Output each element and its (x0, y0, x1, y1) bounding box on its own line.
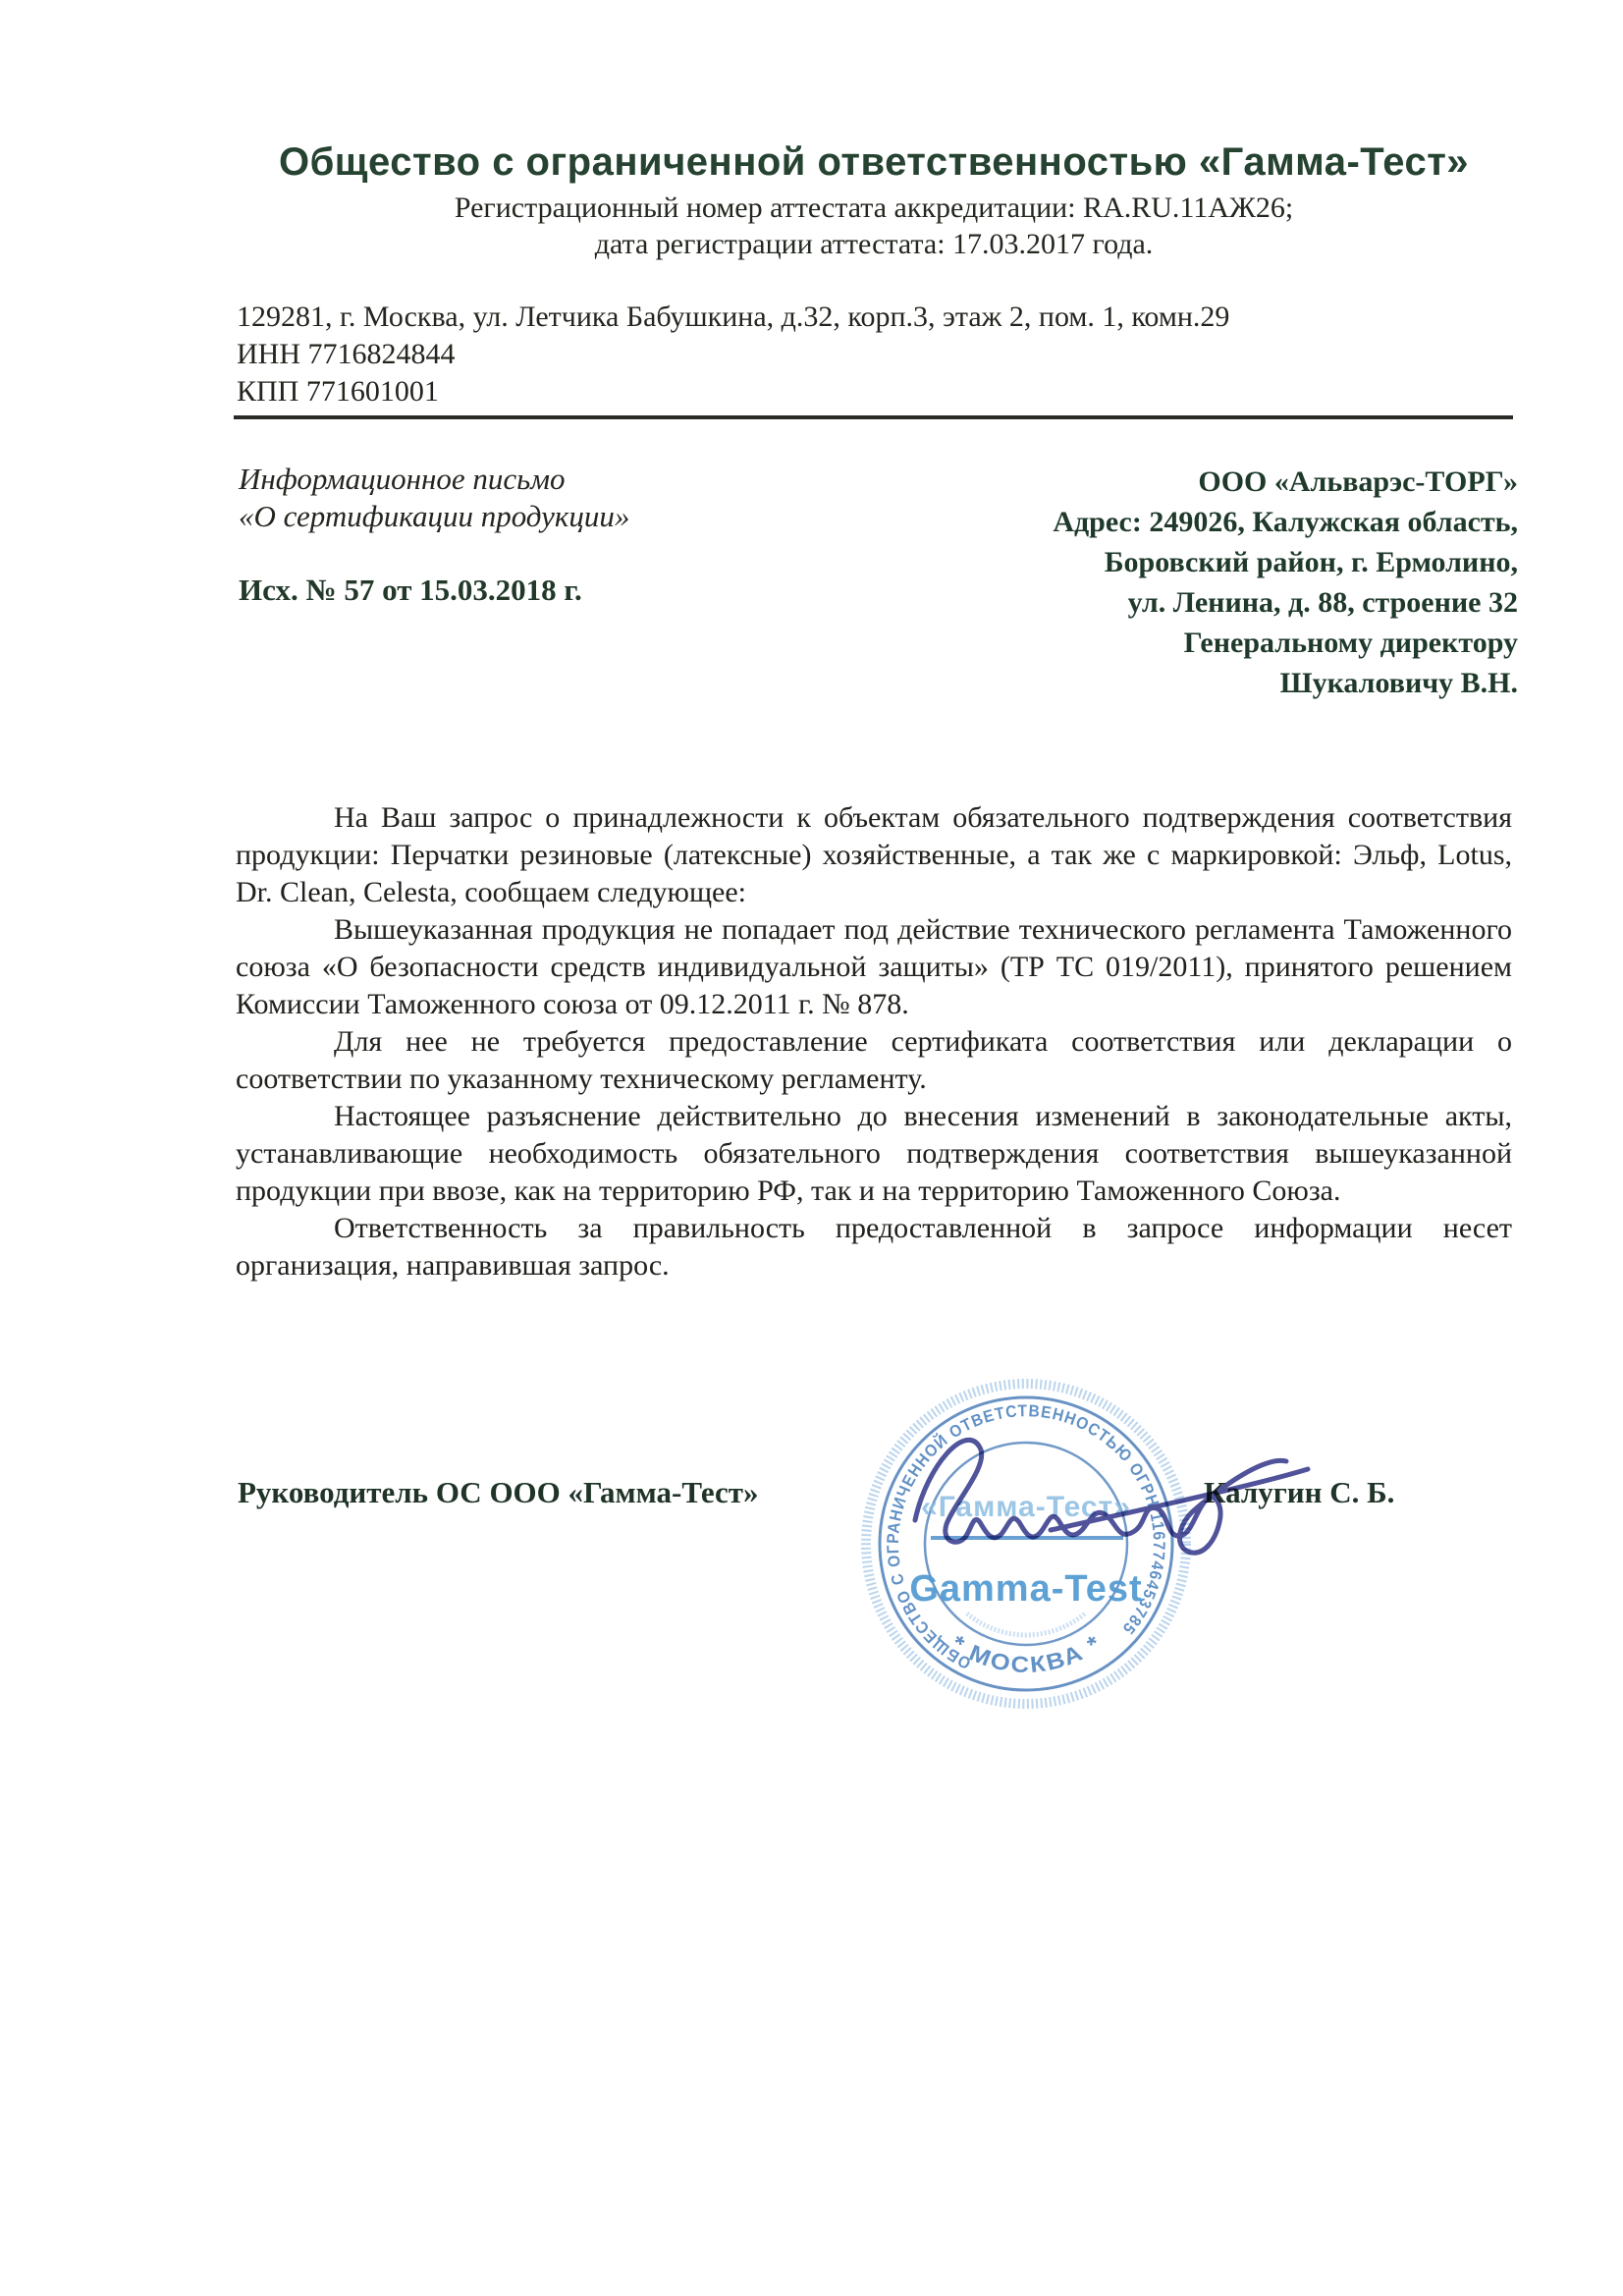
header-divider (234, 415, 1513, 419)
letter-body: На Ваш запрос о принадлежности к объекта… (236, 799, 1512, 1285)
company-kpp-line: КПП 771601001 (237, 373, 1513, 410)
body-paragraph-2: Вышеуказанная продукция не попадает под … (236, 911, 1512, 1023)
recipient-line: ООО «Альварэс-ТОРГ» (880, 462, 1518, 502)
company-address-line: 129281, г. Москва, ул. Летчика Бабушкина… (237, 299, 1513, 336)
signature-ink (884, 1414, 1316, 1581)
recipient-line: Шукаловичу В.Н. (880, 663, 1518, 703)
body-paragraph-1: На Ваш запрос о принадлежности к объекта… (236, 799, 1512, 911)
stamp-inner-microtext-arc (967, 1613, 1085, 1635)
outgoing-ref-line: Исх. № 57 от 15.03.2018 г. (239, 573, 788, 608)
recipient-line: Боровский район, г. Ермолино, (880, 542, 1518, 582)
body-paragraph-4: Настоящее разъяснение действительно до в… (236, 1098, 1512, 1210)
company-inn-line: ИНН 7716824844 (237, 336, 1513, 373)
body-paragraph-3: Для нее не требуется предоставление серт… (236, 1023, 1512, 1098)
accreditation-date-line: дата регистрации аттестата: 17.03.2017 г… (236, 227, 1512, 262)
signatory-title: Руководитель ОС ООО «Гамма-Тест» (238, 1475, 925, 1510)
signature-stroke-main (915, 1440, 1286, 1553)
letterhead-title: Общество с ограниченной ответственностью… (236, 139, 1512, 185)
letter-meta-block: Информационное письмо «О сертификации пр… (239, 461, 788, 535)
letter-page: Общество с ограниченной ответственностью… (0, 0, 1623, 2296)
recipient-line: Генеральному директору (880, 623, 1518, 663)
body-paragraph-5: Ответственность за правильность предоста… (236, 1210, 1512, 1285)
recipient-line: Адрес: 249026, Калужская область, (880, 502, 1518, 542)
signature-stroke-cross (1051, 1469, 1308, 1530)
recipient-block: ООО «Альварэс-ТОРГ» Адрес: 249026, Калуж… (880, 462, 1518, 703)
recipient-line: ул. Ленина, д. 88, строение 32 (880, 582, 1518, 623)
letter-type-line: Информационное письмо (239, 461, 788, 498)
company-details-block: 129281, г. Москва, ул. Летчика Бабушкина… (237, 299, 1513, 410)
accreditation-number-line: Регистрационный номер аттестата аккредит… (236, 191, 1512, 226)
letter-subject-line: «О сертификации продукции» (239, 498, 788, 535)
